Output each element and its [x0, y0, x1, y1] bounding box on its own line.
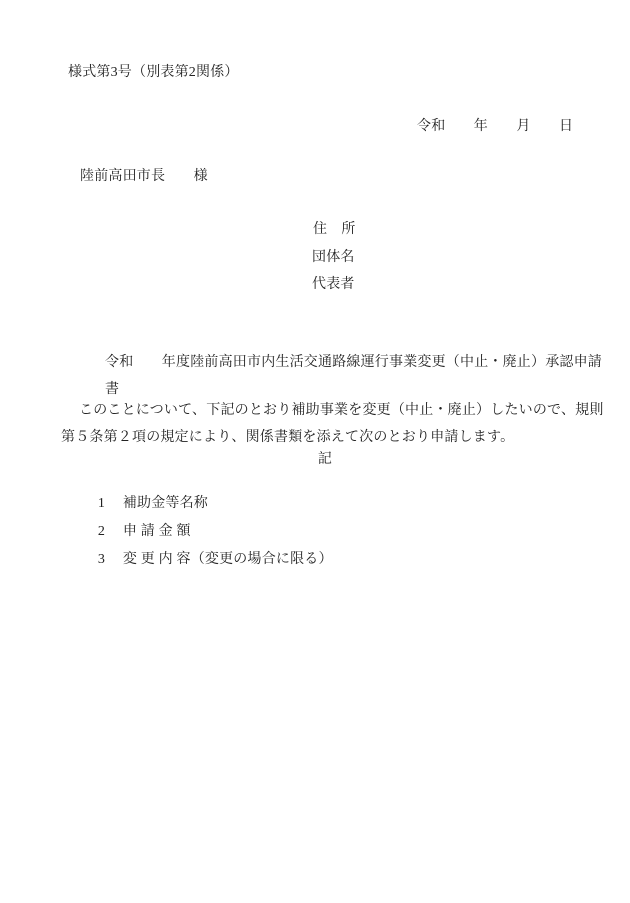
document-title-line2: 書: [105, 383, 119, 397]
list-item-1-number: 1: [98, 497, 123, 511]
applicant-organization-label: 団体名: [312, 251, 355, 265]
date-line: 令和 年 月 日: [417, 120, 573, 134]
document-title-line1: 令和 年度陸前高田市内生活交通路線運行事業変更（中止・廃止）承認申請: [105, 356, 602, 370]
body-paragraph-line1: このことについて、下記のとおり補助事業を変更（中止・廃止）したいので、規則: [79, 404, 604, 418]
applicant-address-label: 住 所: [313, 223, 356, 237]
form-number: 様式第3号（別表第2関係）: [68, 66, 239, 80]
list-item-3-label: 変 更 内 容（変更の場合に限る）: [123, 552, 333, 567]
list-item-2-number: 2: [98, 525, 123, 539]
list-item-change-details: 3変 更 内 容（変更の場合に限る）: [83, 539, 333, 581]
applicant-representative-label: 代表者: [312, 278, 355, 292]
list-item-1-label: 補助金等名称: [123, 496, 208, 511]
list-item-2-label: 申 請 金 額: [123, 524, 191, 539]
addressee-line: 陸前高田市長 様: [80, 170, 208, 184]
document-page: 様式第3号（別表第2関係） 令和 年 月 日 陸前高田市長 様 住 所 団体名 …: [0, 0, 630, 903]
body-paragraph-line2: 第５条第２項の規定により、関係書類を添えて次のとおり申請します。: [61, 431, 514, 445]
record-marker: 記: [10, 453, 630, 467]
list-item-3-number: 3: [98, 553, 123, 567]
